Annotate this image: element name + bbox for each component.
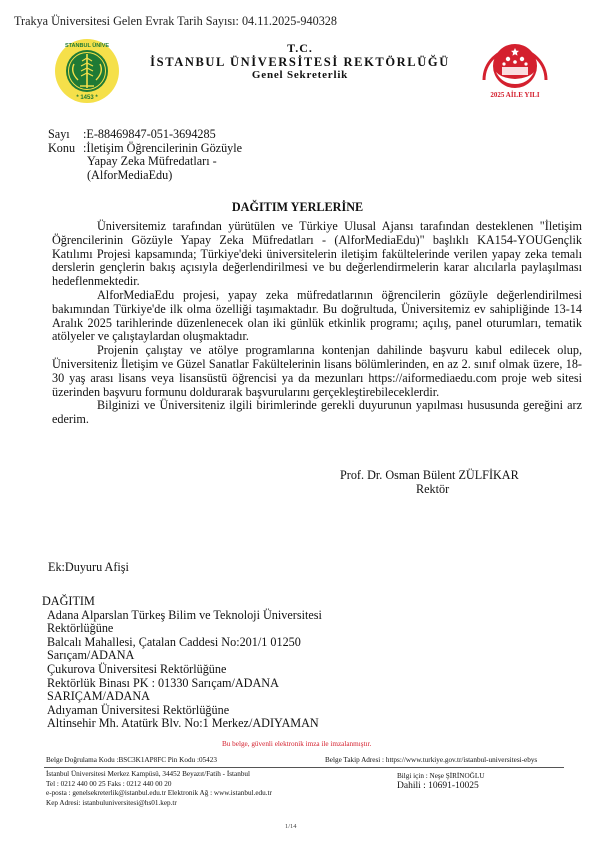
- distribution-line: Çukurova Üniversitesi Rektörlüğüne: [47, 663, 322, 677]
- paragraph: AlforMediaEdu projesi, yapay zeka müfred…: [52, 289, 582, 344]
- svg-text:STANBUL ÜNİVE: STANBUL ÜNİVE: [65, 42, 109, 49]
- aile-yili-caption: 2025 AİLE YILI: [476, 91, 554, 99]
- distribution-line: Sarıçam/ADANA: [47, 649, 322, 663]
- konu-line: :İletişim Öğrencilerinin Gözüyle: [83, 142, 273, 156]
- sayi-value: :E-88469847-051-3694285: [83, 128, 273, 142]
- letterhead: T.C. İSTANBUL ÜNİVERSİTESİ REKTÖRLÜĞÜ Ge…: [150, 42, 450, 82]
- document-title: DAĞITIM YERLERİNE: [0, 200, 595, 215]
- attachment-note: Ek:Duyuru Afişi: [48, 560, 129, 575]
- verification-code: Belge Doğrulama Kodu :BSC3K1AP8FC Pin Ko…: [46, 756, 217, 764]
- letter-body: Üniversitemiz tarafından yürütülen ve Tü…: [52, 220, 582, 427]
- info-contact: Bilgi için : Neşe ŞİRİNOĞLU: [397, 771, 484, 781]
- svg-text:* 1453 *: * 1453 *: [76, 95, 98, 101]
- header-institution: İSTANBUL ÜNİVERSİTESİ REKTÖRLÜĞÜ: [150, 55, 450, 69]
- distribution-line: Altinsehir Mh. Atatürk Blv. No:1 Merkez/…: [47, 717, 322, 731]
- institution-address: İstanbul Üniversitesi Merkez Kampüsü, 34…: [46, 770, 272, 808]
- e-signature-note: Bu belge, güvenli elektronik imza ile im…: [222, 740, 371, 748]
- document-meta: Sayı :E-88469847-051-3694285 Konu :İleti…: [48, 128, 273, 182]
- page-number: 1/14: [285, 823, 297, 830]
- address-line: İstanbul Üniversitesi Merkez Kampüsü, 34…: [46, 770, 272, 780]
- distribution-line: Rektörlük Binası PK : 01330 Sarıçam/ADAN…: [47, 677, 322, 691]
- header-tc: T.C.: [150, 42, 450, 55]
- konu-line: (AlforMediaEdu): [83, 169, 273, 183]
- konu-label: Konu: [48, 142, 83, 183]
- konu-line: Yapay Zeka Müfredatları -: [83, 155, 273, 169]
- distribution-line: Rektörlüğüne: [47, 622, 322, 636]
- tracking-address[interactable]: Belge Takip Adresi : https://www.turkiye…: [325, 756, 537, 764]
- sayi-label: Sayı: [48, 128, 83, 142]
- distribution-heading: DAĞITIM: [42, 595, 322, 609]
- signature-block: Prof. Dr. Osman Bülent ZÜLFİKAR Rektör: [340, 469, 580, 496]
- distribution-line: Adıyaman Üniversitesi Rektörlüğüne: [47, 704, 322, 718]
- footer-divider: [44, 767, 564, 768]
- contact-info: Bilgi için : Neşe ŞİRİNOĞLU Dahili : 106…: [397, 771, 484, 791]
- istanbul-universitesi-logo: * 1453 * STANBUL ÜNİVE: [54, 38, 120, 104]
- distribution-line: Balcalı Mahallesi, Çatalan Caddesi No:20…: [47, 636, 322, 650]
- distribution-line: Adana Alparslan Türkeş Bilim ve Teknoloj…: [47, 609, 322, 623]
- incoming-document-stamp: Trakya Üniversitesi Gelen Evrak Tarih Sa…: [14, 14, 337, 29]
- phone-line: Tel : 0212 440 00 25 Faks : 0212 440 00 …: [46, 780, 272, 790]
- paragraph: Projenin çalıştay ve atölye programların…: [52, 344, 582, 399]
- info-extension: Dahili : 10691-10025: [397, 781, 484, 791]
- paragraph: Üniversitemiz tarafından yürütülen ve Tü…: [52, 220, 582, 289]
- distribution-line: SARIÇAM/ADANA: [47, 690, 322, 704]
- email-line[interactable]: e-posta : genelsekreterlik@istanbul.edu.…: [46, 789, 272, 799]
- distribution-list: DAĞITIM Adana Alparslan Türkeş Bilim ve …: [42, 595, 322, 731]
- signatory-name: Prof. Dr. Osman Bülent ZÜLFİKAR: [340, 469, 580, 483]
- header-department: Genel Sekreterlik: [150, 69, 450, 82]
- signatory-role: Rektör: [340, 483, 580, 497]
- kep-line[interactable]: Kep Adresi: istanbuluniversitesi@hs01.ke…: [46, 799, 272, 809]
- paragraph: Bilginizi ve Üniversiteniz ilgili biriml…: [52, 399, 582, 427]
